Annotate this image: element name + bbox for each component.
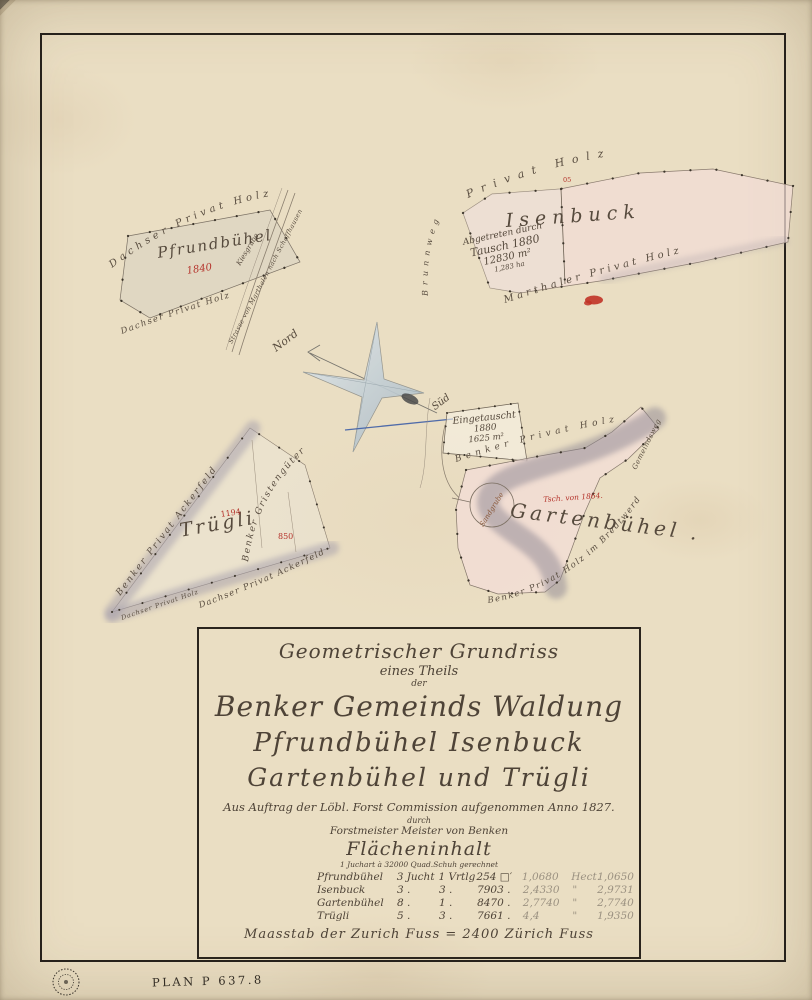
row-pencil1: 2,7740 [523,897,573,910]
table-row: Trügli 5 . 3 . 7661 . 4,4 " 1,9350 [317,910,639,923]
row-name: Pfrundbühel [317,871,397,884]
title-cartouche: Geometrischer Grundriss eines Theils der… [197,627,641,959]
row-area: 7903 . [477,884,523,897]
row-jucht: 3 Jucht [397,871,439,884]
cartouche-flaechen-title: Flächeninhalt [199,838,639,860]
isenbuck-red-mark: 05 [563,176,571,184]
label-brunnweg: Brunnweg [421,213,443,297]
cartouche-title-line2: eines Theils [199,664,639,679]
row-pencil1: 1,0680 [522,871,571,884]
cartouche-title-line6: Gartenbühel und Trügli [199,763,639,792]
map-sheet: Dachser Privat Holz Dachser Privat Holz … [0,0,812,1000]
area-table: Pfrundbühel 3 Jucht 1 Vrtlg 254 □′ 1,068… [317,871,639,923]
cartouche-title-line1: Geometrischer Grundriss [199,639,639,663]
row-jucht: 3 . [397,884,439,897]
row-pencil1: 2,4330 [523,884,573,897]
truegli-red-850: 850 [278,532,293,541]
row-pencil-unit: " [572,897,597,910]
table-row: Pfrundbühel 3 Jucht 1 Vrtlg 254 □′ 1,068… [317,871,639,884]
svg-text:Brunnweg: Brunnweg [421,213,443,297]
row-area: 254 □′ [476,871,522,884]
eingetauscht-note: Eingetauscht 1880 1625 m² [452,409,518,446]
row-name: Isenbuck [317,884,397,897]
cartouche-flaechen-note: 1 Juchart à 32000 Quad.Schuh gerechnet [199,860,639,869]
row-pencil2: 1,9350 [597,910,639,923]
red-wax-mark [584,296,603,306]
cartouche-commission-line: Aus Auftrag der Löbl. Forst Commission a… [199,800,639,814]
row-pencil-unit: " [572,910,597,923]
scale-statement: Maasstab der Zurich Fuss = 2400 Zürich F… [199,927,639,942]
plan-number: PLAN P 637.8 [152,973,264,990]
row-pencil-unit: " [572,884,597,897]
row-vrtl: 3 . [439,910,477,923]
row-vrtl: 1 . [439,897,477,910]
row-area: 7661 . [477,910,523,923]
table-row: Gartenbühel 8 . 1 . 8470 . 2,7740 " 2,77… [317,897,639,910]
row-pencil-unit: Hect. [571,871,597,884]
row-pencil1: 4,4 [523,910,573,923]
row-jucht: 5 . [397,910,439,923]
row-name: Trügli [317,910,397,923]
row-name: Gartenbühel [317,897,397,910]
row-jucht: 8 . [397,897,439,910]
cartouche-title-line4: Benker Gemeinds Waldung [199,690,639,723]
archive-stamp [53,969,79,995]
cartouche-surveyor: Forstmeister Meister von Benken [199,825,639,837]
row-pencil2: 2,7740 [597,897,639,910]
row-vrtl: 3 . [439,884,477,897]
compass-rose [303,322,453,452]
cartouche-title-line5: Pfrundbühel Isenbuck [199,728,639,758]
row-pencil2: 2,9731 [597,884,639,897]
row-vrtl: 1 Vrtlg [438,871,476,884]
cartouche-durch: durch [199,816,639,825]
row-area: 8470 . [477,897,523,910]
table-row: Isenbuck 3 . 3 . 7903 . 2,4330 " 2,9731 [317,884,639,897]
row-pencil2: 1,0650 [597,871,639,884]
cartouche-title-line3: der [199,679,639,689]
